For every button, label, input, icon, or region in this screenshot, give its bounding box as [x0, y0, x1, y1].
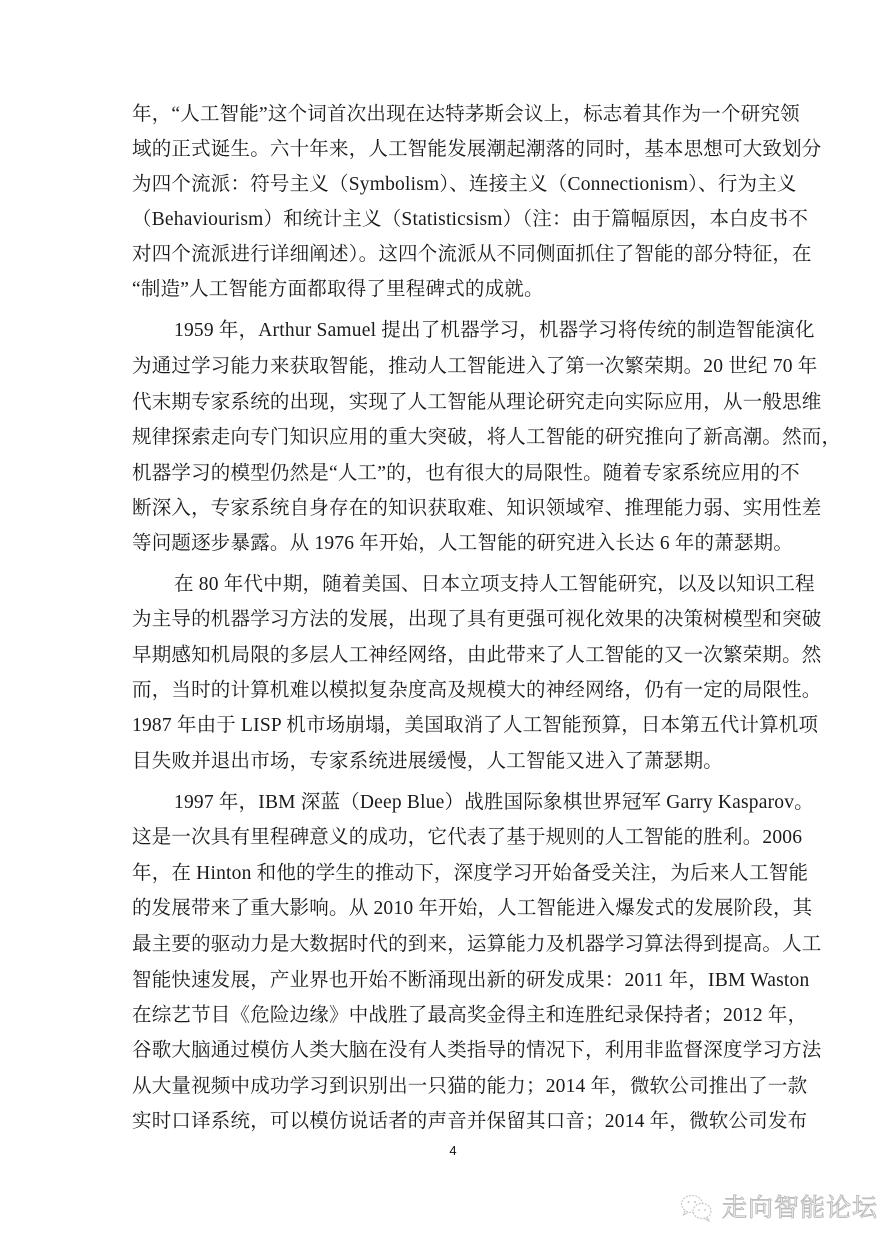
- text-line: 代末期专家系统的出现，实现了人工智能从理论研究走向实际应用，从一般思维: [132, 388, 748, 418]
- text-line: （Behaviourism）和统计主义（Statisticsism）（注：由于篇…: [132, 205, 748, 235]
- watermark-text: 走向智能论坛: [722, 1193, 878, 1223]
- text-line: “制造”人工智能方面都取得了里程碑式的成就。: [132, 275, 748, 305]
- text-line: 谷歌大脑通过模仿人类大脑在没有人类指导的情况下，利用非监督深度学习方法: [132, 1036, 748, 1066]
- text-line: 在综艺节目《危险边缘》中战胜了最高奖金得主和连胜纪录保持者；2012 年，: [132, 1001, 748, 1031]
- text-line: 1959 年，Arthur Samuel 提出了机器学习，机器学习将传统的制造智…: [174, 316, 748, 346]
- text-line: 断深入，专家系统自身存在的知识获取难、知识领域窄、推理能力弱、实用性差: [132, 494, 748, 524]
- text-line: 实时口译系统，可以模仿说话者的声音并保留其口音；2014 年，微软公司发布: [132, 1107, 748, 1137]
- text-line: 机器学习的模型仍然是“人工”的，也有很大的局限性。随着专家系统应用的不: [132, 459, 748, 489]
- text-line: 年，在 Hinton 和他的学生的推动下，深度学习开始备受关注，为后来人工智能: [132, 859, 748, 889]
- text-line: 为主导的机器学习方法的发展，出现了具有更强可视化效果的决策树模型和突破: [132, 605, 748, 635]
- document-page: 年，“人工智能”这个词首次出现在达特茅斯会议上，标志着其作为一个研究领 域的正式…: [0, 0, 881, 1245]
- text-line: 目失败并退出市场，专家系统进展缓慢，人工智能又进入了萧瑟期。: [132, 747, 748, 777]
- text-line: 这是一次具有里程碑意义的成功，它代表了基于规则的人工智能的胜利。2006: [132, 823, 748, 853]
- text-line: 在 80 年代中期，随着美国、日本立项支持人工智能研究，以及以知识工程: [174, 570, 748, 600]
- text-line: 年，“人工智能”这个词首次出现在达特茅斯会议上，标志着其作为一个研究领: [132, 100, 748, 130]
- text-line: 规律探索走向专门知识应用的重大突破，将人工智能的研究推向了新高潮。然而，: [132, 423, 748, 453]
- wechat-icon: [680, 1193, 714, 1223]
- text-line: 智能快速发展，产业界也开始不断涌现出新的研发成果：2011 年，IBM Wast…: [132, 966, 748, 996]
- text-line: 的发展带来了重大影响。从 2010 年开始，人工智能进入爆发式的发展阶段，其: [132, 894, 748, 924]
- text-line: 为四个流派：符号主义（Symbolism）、连接主义（Connectionism…: [132, 170, 748, 200]
- text-line: 而，当时的计算机难以模拟复杂度高及规模大的神经网络，仍有一定的局限性。: [132, 676, 748, 706]
- text-line: 早期感知机局限的多层人工神经网络，由此带来了人工智能的又一次繁荣期。然: [132, 641, 748, 671]
- text-line: 从大量视频中成功学习到识别出一只猫的能力；2014 年，微软公司推出了一款: [132, 1072, 748, 1102]
- text-line: 域的正式诞生。六十年来，人工智能发展潮起潮落的同时，基本思想可大致划分: [132, 135, 748, 165]
- text-line: 对四个流派进行详细阐述）。这四个流派从不同侧面抓住了智能的部分特征，在: [132, 240, 748, 270]
- text-line: 为通过学习能力来获取智能，推动人工智能进入了第一次繁荣期。20 世纪 70 年: [132, 352, 748, 382]
- text-line: 1987 年由于 LISP 机市场崩塌，美国取消了人工智能预算，日本第五代计算机…: [132, 711, 748, 741]
- text-line: 1997 年，IBM 深蓝（Deep Blue）战胜国际象棋世界冠军 Garry…: [174, 788, 748, 818]
- page-number: 4: [446, 1142, 460, 1160]
- text-line: 最主要的驱动力是大数据时代的到来，运算能力及机器学习算法得到提高。人工: [132, 930, 748, 960]
- text-line: 等问题逐步暴露。从 1976 年开始，人工智能的研究进入长达 6 年的萧瑟期。: [132, 529, 748, 559]
- watermark: 走向智能论坛: [680, 1188, 878, 1228]
